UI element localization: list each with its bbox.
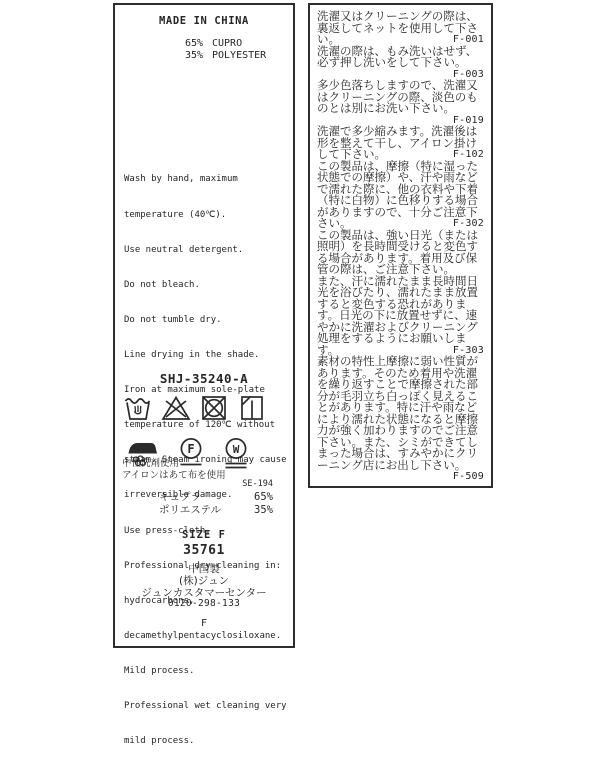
dry-clean-letter: F [187,442,194,456]
fiber-composition-jp: キュプラ 65% ポリエステル 35% [159,491,273,516]
composition-row: 35% POLYESTER [115,50,293,62]
do-not-tumble-dry-icon [199,393,229,423]
composition-fiber: ポリエステル [159,504,221,517]
care-line: Professional wet cleaning very [124,701,290,713]
care-line: Do not tumble dry. [124,315,290,327]
care-note-paragraph: 洗濯又はクリーニングの際は、裏返してネットを使用して下さい。F-001 [317,11,484,46]
care-line: decamethylpentacyclosiloxane. [124,631,290,643]
care-note-paragraph: この製品は、摩擦（特に湿った状態での摩擦）や、汗や雨などで濡れた際に、他の衣料や… [317,161,484,230]
care-line: Mild process. [124,666,290,678]
care-note-text: 多少色落ちしますので、洗濯又はクリーニングの際、淡色のものとは別にお洗い下さい。 [317,78,478,115]
composition-row: 65% CUPRO [115,38,293,50]
composition-row: ポリエステル 35% [159,504,273,517]
ref-code: SE-194 [242,479,273,489]
line-dry-in-shade-icon [237,393,267,423]
care-note-paragraph: また、汗に濡れたまま長時間日光を浴びたり、濡れたまま放置すると変色する恐れがあり… [317,276,484,357]
style-code: SHJ-35240-A [115,371,293,386]
care-note-paragraph: 多少色落ちしますので、洗濯又はクリーニングの際、淡色のものとは別にお洗い下さい。… [317,80,484,126]
care-line: temperature (40℃). [124,210,290,222]
care-line: Line drying in the shade. [124,350,290,362]
composition-percent: 35% [115,50,203,62]
care-note-paragraph: 洗濯で多少縮みます。洗濯後は形を整えて干し、アイロン掛けして下さい。F-102 [317,126,484,161]
care-line: mild process. [124,736,290,748]
care-label-main: MADE IN CHINA 65% CUPRO 35% POLYESTER Wa… [113,3,295,648]
care-line: Wash by hand, maximum [124,174,290,186]
care-note-text: 洗濯の際は、もみ洗いはせず、必ず押し洗いをして下さい。 [317,44,477,70]
care-note-code: F-509 [453,471,484,483]
care-note-text: 素材の特性上摩擦に弱い性質があります。そのため着用や洗濯を繰り返すことで摩擦され… [317,354,478,472]
care-note-text: この製品は、強い日光（または照明）を長時間受けると変色する場合があります。着用及… [317,228,478,277]
composition-percent: 65% [254,491,273,504]
composition-percent: 35% [254,504,273,517]
care-line: Do not bleach. [124,280,290,292]
footer-letter: F [115,618,293,629]
care-line: Use neutral detergent. [124,245,290,257]
customer-center-phone: 0120-298-133 [115,598,293,609]
composition-row: キュプラ 65% [159,491,273,504]
care-note-paragraph: 洗濯の際は、もみ洗いはせず、必ず押し洗いをして下さい。F-003 [317,46,484,81]
hand-wash-icon [123,393,153,423]
care-label-photo: { "left_label": { "made_in": "MADE IN CH… [0,0,600,650]
wet-clean-letter: W [233,443,240,456]
care-note-paragraph: この製品は、強い日光（または照明）を長時間受けると変色する場合があります。着用及… [317,230,484,276]
size-label: SIZE F [115,529,293,541]
care-note-paragraph: 素材の特性上摩擦に弱い性質があります。そのため着用や洗濯を繰り返すことで摩擦され… [317,356,484,483]
fiber-composition-en: 65% CUPRO 35% POLYESTER [115,38,293,62]
care-note-text: また、汗に濡れたまま長時間日光を浴びたり、濡れたまま放置すると変色する恐れがあり… [317,274,478,357]
composition-percent: 65% [115,38,203,50]
do-not-bleach-icon [161,393,191,423]
composition-fiber: POLYESTER [212,50,266,62]
care-symbols-row1 [123,393,293,423]
product-number: 35761 [115,543,293,558]
jp-note-detergent: 中性洗剤使用 [122,458,293,470]
made-in-text: MADE IN CHINA [115,15,293,27]
care-notes-label: 洗濯又はクリーニングの際は、裏返してネットを使用して下さい。F-001 洗濯の際… [308,3,493,488]
composition-fiber: CUPRO [212,38,242,50]
composition-fiber: キュプラ [159,491,201,504]
